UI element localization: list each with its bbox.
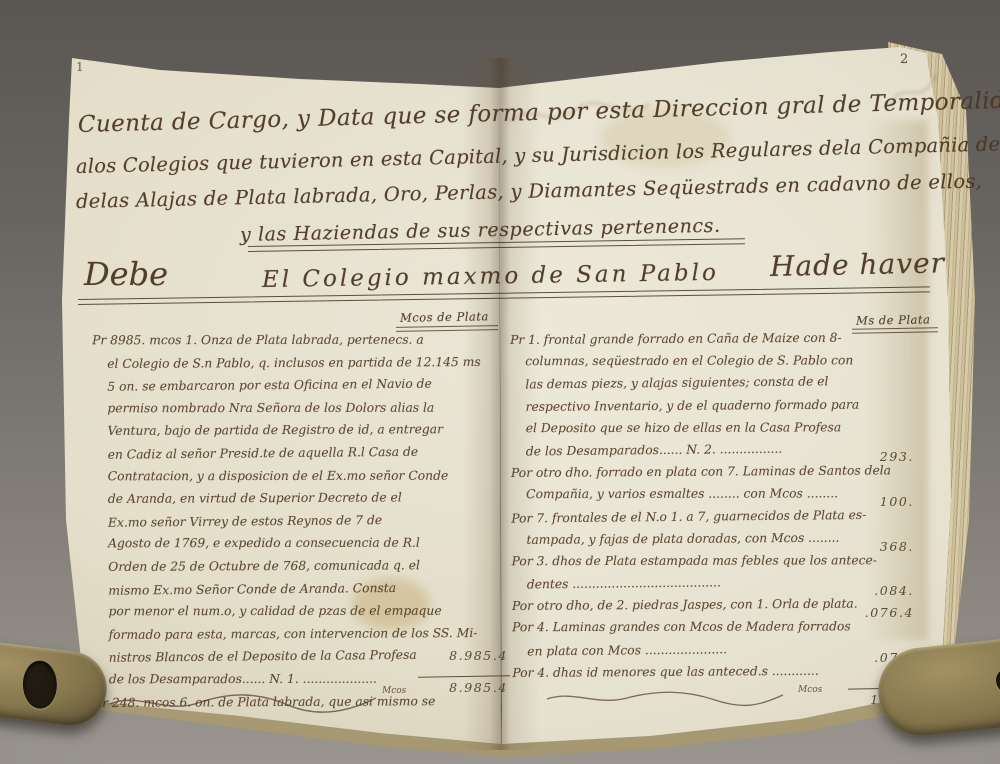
manuscript-photograph: 1 2 Cuenta de Cargo, y Data que se forma…	[0, 0, 1000, 764]
photo-vignette	[0, 0, 1000, 764]
